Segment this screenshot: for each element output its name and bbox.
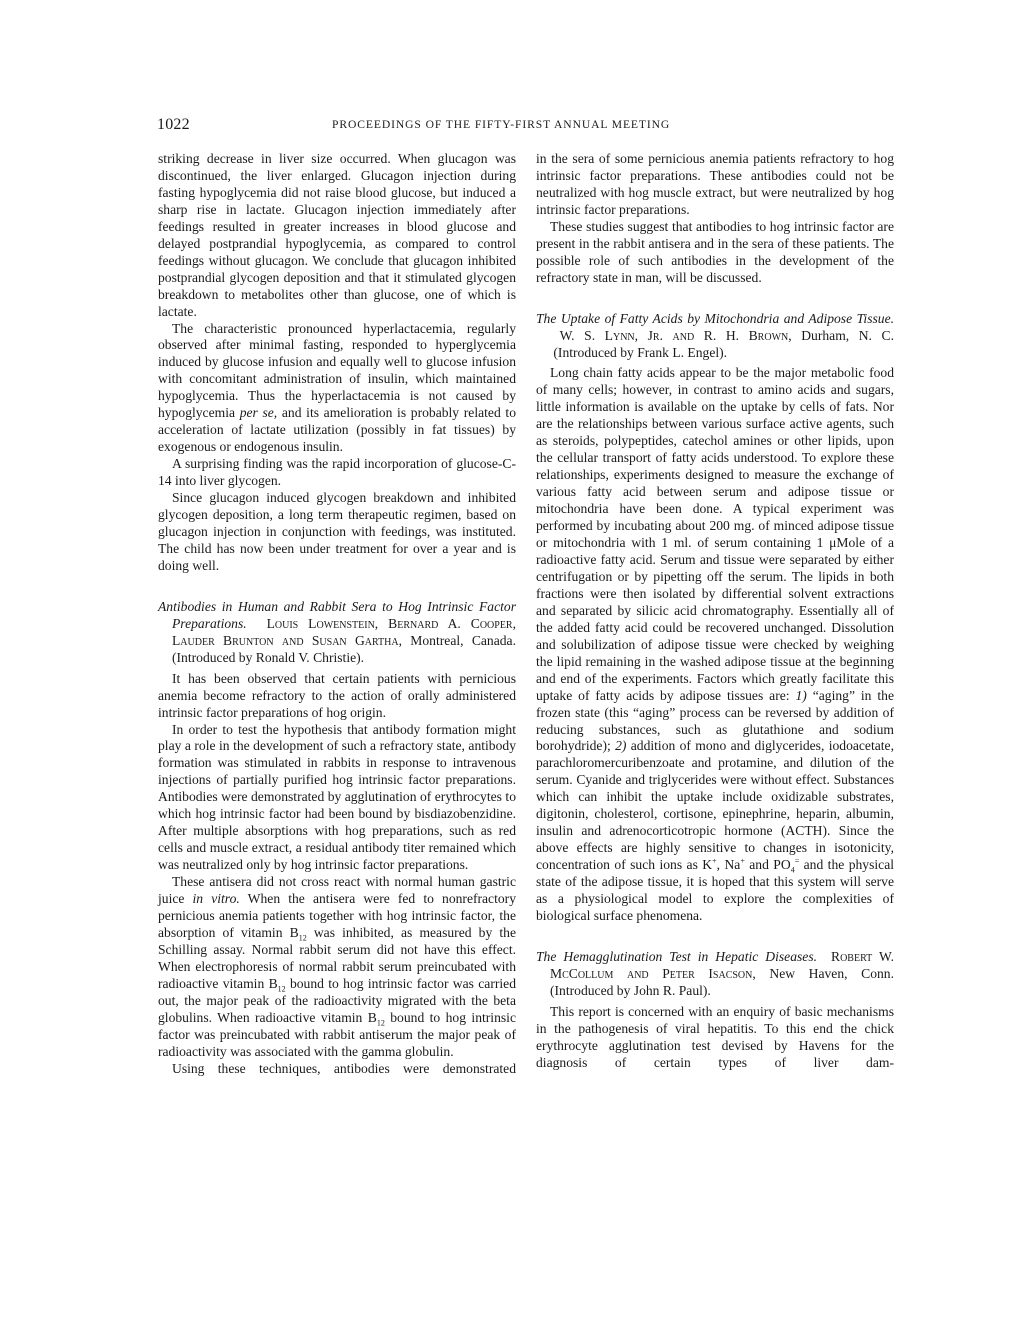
running-head: PROCEEDINGS OF THE FIFTY-FIRST ANNUAL ME… [332,118,670,131]
body-paragraph: These antisera did not cross react with … [158,874,516,1060]
right-column: in the sera of some pernicious anemia pa… [536,151,894,1072]
section-spacer [536,925,894,949]
body-paragraph: These studies suggest that antibodies to… [536,219,894,287]
italic-term: in vitro. [193,891,240,906]
list-number: 1) [795,688,806,703]
body-paragraph: A surprising finding was the rapid incor… [158,456,516,490]
italic-term: per se, [240,405,278,420]
abstract-introduced-by: (Introduced by Frank L. Engel). [553,345,727,360]
abstract-location: Durham, N. C. [801,328,894,343]
continued-paragraph: in the sera of some pernicious anemia pa… [536,151,894,219]
abstract-location: Montreal, Canada. [410,633,516,648]
abstract-heading-hemagglutination: The Hemagglutination Test in Hepatic Dis… [536,949,894,1000]
left-column: striking decrease in liver size occurred… [158,151,516,1078]
abstract-title: The Hemagglutination Test in Hepatic Dis… [536,949,817,964]
page-header: 1022 PROCEEDINGS OF THE FIFTY-FIRST ANNU… [157,116,897,136]
page-number: 1022 [157,116,190,134]
abstract-introduced-by: (Introduced by Ronald V. Christie). [172,650,364,665]
abstract-title: The Uptake of Fatty Acids by Mitochondri… [536,311,894,326]
text-run: , Na [717,857,741,872]
abstract-authors: W. S. Lynn, Jr. and R. H. Brown, [560,328,792,343]
abstract-heading-fatty-acids: The Uptake of Fatty Acids by Mitochondri… [536,311,894,362]
body-paragraph: In order to test the hypothesis that ant… [158,722,516,875]
body-paragraph: It has been observed that certain patien… [158,671,516,722]
text-run: addition of mono and diglycerides, iodoa… [536,738,894,872]
list-number: 2) [615,738,626,753]
body-paragraph: The characteristic pronounced hyperlacta… [158,321,516,457]
body-paragraph: Since glucagon induced glycogen breakdow… [158,490,516,575]
text-run: and PO [745,857,791,872]
body-paragraph: Using these techniques, antibodies were … [158,1061,516,1078]
text-run: Long chain fatty acids appear to be the … [536,365,894,702]
continued-paragraph: striking decrease in liver size occurred… [158,151,516,321]
abstract-heading-antibodies: Antibodies in Human and Rabbit Sera to H… [158,599,516,667]
section-spacer [536,287,894,311]
body-paragraph: This report is concerned with an enquiry… [536,1004,894,1072]
body-paragraph: Long chain fatty acids appear to be the … [536,365,894,924]
abstract-introduced-by: (Introduced by John R. Paul). [550,983,711,998]
section-spacer [158,575,516,599]
abstract-location: New Haven, Conn. [769,966,894,981]
